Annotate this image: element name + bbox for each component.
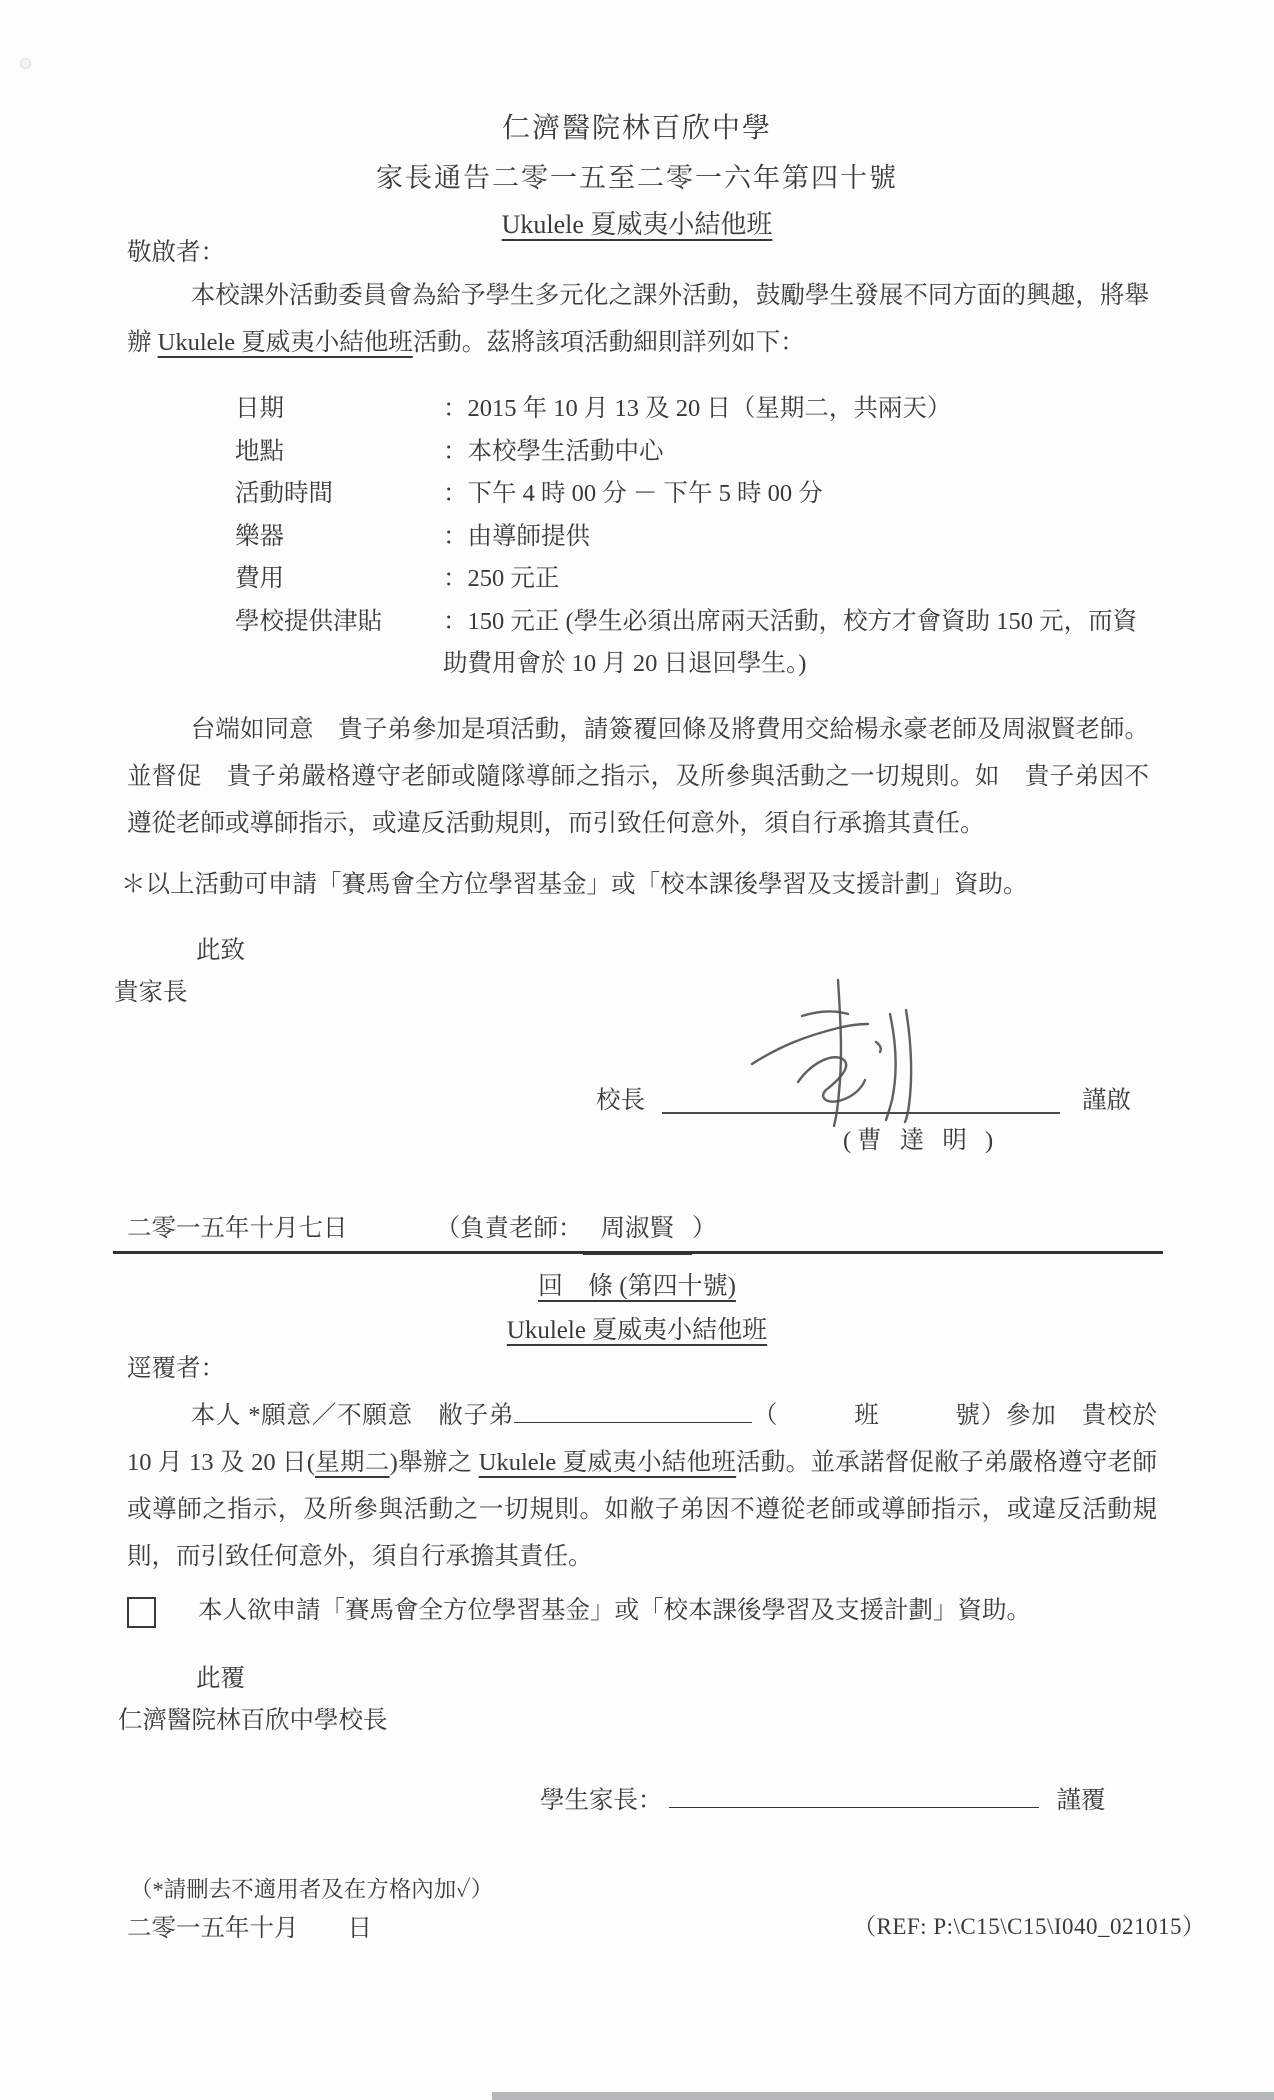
reply-seg1: 本人 *願意／不願意 敝子弟 bbox=[191, 1402, 515, 1429]
funding-checkbox-label: 本人欲申請「賽馬會全方位學習基金」或「校本課後學習及支援計劃」資助。 bbox=[198, 1597, 1031, 1624]
funding-checkbox bbox=[127, 1597, 156, 1628]
activity-title-text: Ukulele 夏威夷小結他班 bbox=[502, 210, 773, 239]
issue-date: 二零一五年十月七日 bbox=[127, 1215, 348, 1242]
detail-row-fee: 費用 ：250 元正 bbox=[235, 558, 1165, 601]
reply-slip-subtitle: Ukulele 夏威夷小結他班 bbox=[0, 1310, 1274, 1346]
detail-value: ：下午 4 時 00 分 － 下午 5 時 00 分 bbox=[443, 473, 1143, 516]
intro-after: 活動。茲將該項活動細則詳列如下： bbox=[413, 329, 805, 356]
reply-seg3: )舉辦之 bbox=[390, 1449, 479, 1476]
detail-row-subsidy: 學校提供津貼 ：150 元正 (學生必須出席兩天活動，校方才會資助 150 元，… bbox=[235, 601, 1165, 686]
principal-signature-scribble bbox=[726, 978, 956, 1128]
detail-row-venue: 地點 ：本校學生活動中心 bbox=[235, 431, 1165, 474]
reply-closing-cifu: 此覆 bbox=[196, 1656, 245, 1702]
reply-salutation: 逕覆者： bbox=[127, 1346, 225, 1392]
detail-row-date: 日期 ：2015 年 10 月 13 及 20 日（星期二，共兩天） bbox=[235, 388, 1165, 431]
student-name-blank bbox=[514, 1396, 752, 1423]
funding-note: ＊以上活動可申請「賽馬會全方位學習基金」或「校本課後學習及支援計劃」資助。 bbox=[121, 862, 1028, 908]
scanned-notice-page: 仁濟醫院林百欣中學 家長通告二零一五至二零一六年第四十號 Ukulele 夏威夷… bbox=[0, 0, 1274, 2100]
consent-paragraph: 台端如同意 貴子弟參加是項活動，請簽覆回條及將費用交給楊永豪老師及周淑賢老師。並… bbox=[127, 706, 1149, 847]
reply-activity-underlined: Ukulele 夏威夷小結他班 bbox=[479, 1449, 736, 1476]
detail-row-time: 活動時間 ：下午 4 時 00 分 － 下午 5 時 00 分 bbox=[235, 473, 1165, 516]
detail-value: ：由導師提供 bbox=[443, 516, 1143, 559]
parent-sign-label: 學生家長： bbox=[540, 1787, 663, 1814]
detail-label: 活動時間 bbox=[235, 473, 443, 516]
principal-role-label: 校長 bbox=[596, 1078, 645, 1124]
notice-number: 家長通告二零一五至二零一六年第四十號 bbox=[0, 156, 1274, 195]
school-name: 仁濟醫院林百欣中學 bbox=[0, 106, 1274, 146]
reply-bottom-date: 二零一五年十月 日 bbox=[127, 1906, 372, 1952]
scan-edge-strip bbox=[492, 2092, 1274, 2100]
detail-row-instrument: 樂器 ：由導師提供 bbox=[235, 516, 1165, 559]
scan-artifact bbox=[20, 58, 31, 69]
closing-cizhi: 此致 bbox=[196, 928, 245, 974]
teacher-name: 周淑賢 bbox=[583, 1206, 693, 1255]
salutation: 敬啟者： bbox=[127, 230, 225, 276]
date-teacher-line: 二零一五年十月七日（負責老師：周淑賢） bbox=[127, 1206, 717, 1255]
document-header: 仁濟醫院林百欣中學 家長通告二零一五至二零一六年第四十號 Ukulele 夏威夷… bbox=[0, 106, 1274, 241]
parent-sign-row: 學生家長：謹覆 bbox=[540, 1778, 1106, 1824]
detail-value: ：150 元正 (學生必須出席兩天活動，校方才會資助 150 元，而資助費用會於… bbox=[443, 601, 1143, 686]
parent-signature-blank bbox=[669, 1781, 1039, 1808]
detail-label: 樂器 bbox=[235, 516, 443, 559]
reply-slip-subtitle-text: Ukulele 夏威夷小結他班 bbox=[507, 1317, 767, 1344]
detail-value: ：250 元正 bbox=[443, 558, 1143, 601]
funding-checkbox-row: 本人欲申請「賽馬會全方位學習基金」或「校本課後學習及支援計劃」資助。 bbox=[127, 1588, 1031, 1634]
section-divider bbox=[113, 1251, 1163, 1254]
detail-label: 日期 bbox=[235, 388, 443, 431]
reply-slip-title-text: 回 條 (第四十號) bbox=[538, 1273, 736, 1300]
detail-label: 學校提供津貼 bbox=[235, 601, 443, 686]
delete-inapplicable-footnote: （*請刪去不適用者及在方格內加✓） bbox=[130, 1872, 493, 1904]
detail-value: ：本校學生活動中心 bbox=[443, 431, 1143, 474]
reply-body-paragraph: 本人 *願意／不願意 敝子弟（ 班 號）參加 貴校於 10 月 13 及 20 … bbox=[127, 1392, 1157, 1580]
reply-weekday-underlined: 星期二 bbox=[315, 1449, 390, 1476]
detail-value: ：2015 年 10 月 13 及 20 日（星期二，共兩天） bbox=[443, 388, 1143, 431]
closing-recipient: 貴家長 bbox=[114, 970, 188, 1016]
file-reference: （REF: P:\C15\C15\I040_021015） bbox=[853, 1908, 1206, 1941]
intro-paragraph: 本校課外活動委員會為給予學生多元化之課外活動，鼓勵學生發展不同方面的興趣，將舉辦… bbox=[127, 272, 1149, 366]
intro-activity-underlined: Ukulele 夏威夷小結他班 bbox=[158, 329, 413, 356]
detail-label: 地點 bbox=[235, 431, 443, 474]
detail-label: 費用 bbox=[235, 558, 443, 601]
activity-details: 日期 ：2015 年 10 月 13 及 20 日（星期二，共兩天） 地點 ：本… bbox=[235, 388, 1165, 686]
teacher-suffix: ） bbox=[692, 1215, 717, 1242]
parent-sign-suffix: 謹覆 bbox=[1057, 1787, 1106, 1814]
reply-slip-header: 回 條 (第四十號) Ukulele 夏威夷小結他班 bbox=[0, 1266, 1274, 1346]
reply-slip-title: 回 條 (第四十號) bbox=[0, 1266, 1274, 1302]
principal-suffix: 謹啟 bbox=[1082, 1078, 1131, 1124]
teacher-prefix: （負責老師： bbox=[436, 1215, 583, 1242]
reply-closing-recipient: 仁濟醫院林百欣中學校長 bbox=[118, 1698, 388, 1744]
